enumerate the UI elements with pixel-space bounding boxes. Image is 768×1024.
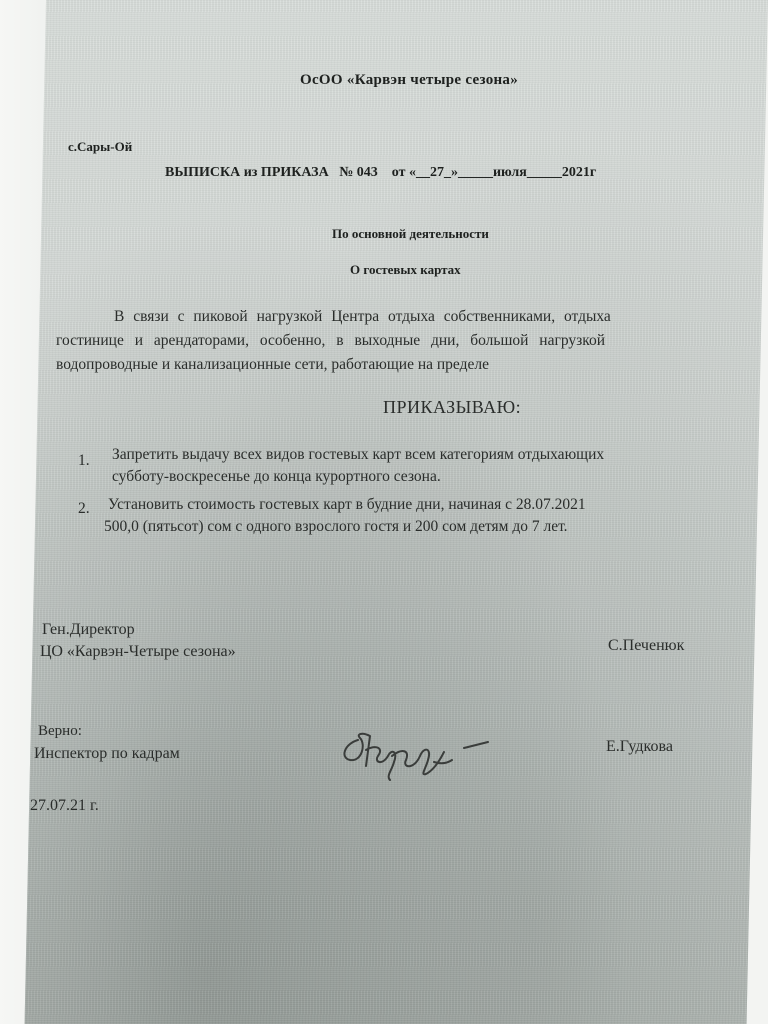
order-year: 2021г <box>562 165 596 180</box>
section-heading: По основной деятельности <box>332 226 489 242</box>
place-name: с.Сары-Ой <box>68 139 132 155</box>
signatory-organization: ЦО «Карвэн-Четыре сезона» <box>40 643 236 661</box>
date-mid: » <box>451 165 458 180</box>
inspector-position: Инспектор по кадрам <box>34 745 180 763</box>
preamble-line: водопроводные и канализационные сети, ра… <box>56 356 489 374</box>
order-heading: ПРИКАЗЫВАЮ: <box>383 397 521 418</box>
handwritten-signature-icon <box>336 726 506 786</box>
item-line: Установить стоимость гостевых карт в буд… <box>108 496 586 514</box>
preamble-line: гостинице и арендаторами, особенно, в вы… <box>56 332 605 350</box>
signatory-name: С.Печенюк <box>608 637 684 655</box>
order-number: № 043 <box>339 165 378 180</box>
extract-title: ВЫПИСКА из ПРИКАЗА № 043 от «__27_»_____… <box>165 165 596 181</box>
item-line: 500,0 (пятьсот) сом с одного взрослого г… <box>104 518 568 536</box>
item-number: 2. <box>78 500 90 518</box>
document-date: 27.07.21 г. <box>30 797 99 815</box>
verified-label: Верно: <box>38 723 82 740</box>
signatory-position: Ген.Директор <box>42 621 135 639</box>
date-prefix: от « <box>392 165 416 180</box>
organization-title: ОсОО «Карвэн четыре сезона» <box>300 72 518 89</box>
item-line: Запретить выдачу всех видов гостевых кар… <box>112 446 604 464</box>
subject-heading: О гостевых картах <box>350 262 461 278</box>
item-number: 1. <box>78 452 90 470</box>
extract-label: ВЫПИСКА из ПРИКАЗА <box>165 165 329 180</box>
order-day: 27 <box>430 165 444 180</box>
preamble-line: В связи с пиковой нагрузкой Центра отдых… <box>114 308 611 326</box>
inspector-name: Е.Гудкова <box>606 738 673 756</box>
item-line: субботу-воскресенье до конца курортного … <box>112 468 441 486</box>
order-month: июля <box>493 165 527 180</box>
